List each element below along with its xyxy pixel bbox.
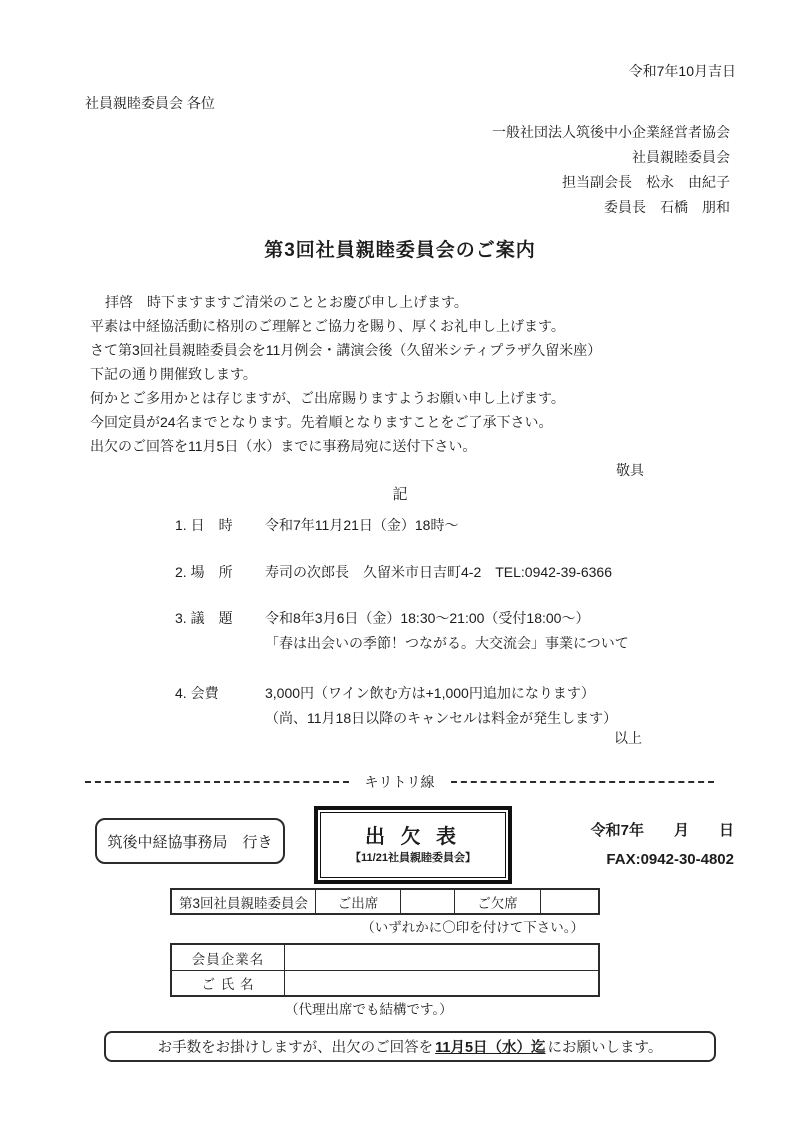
fax-block: 令和7年 月 日 FAX:0942-30-4802	[591, 816, 734, 874]
absent-label-cell: ご欠席	[454, 890, 540, 913]
deadline-notice-box: お手数をお掛けしますが、出欠のご回答を 11月5日（水）迄 にお願いします。	[104, 1031, 716, 1062]
item-value: 寿司の次郎長 久留米市日吉町4-2 TEL:0942-39-6366	[265, 560, 612, 585]
absent-mark-cell	[540, 890, 598, 913]
info-table: 会員企業名 ご 氏 名	[170, 943, 600, 997]
sender-block: 一般社団法人筑後中小企業経営者協会 社員親睦委員会 担当副会長 松永 由紀子 委…	[0, 120, 800, 220]
attendance-sheet-box: 出 欠 表 【11/21社員親睦委員会】	[314, 806, 512, 884]
body-line: 下記の通り開催致します。	[90, 362, 720, 386]
body-line: 何かとご多用かとは存じますが、ご出席賜りますようお願い申し上げます。	[90, 386, 720, 410]
item-label: 3. 議 題	[175, 606, 265, 656]
reply-date-blank: 令和7年 月 日	[591, 816, 734, 845]
body-line: 平素は中経協活動に格別のご理解とご協力を賜り、厚くお礼申し上げます。	[90, 314, 720, 338]
sender-organization: 一般社団法人筑後中小企業経営者協会	[0, 120, 730, 145]
issue-date: 令和7年10月吉日	[0, 0, 800, 80]
reply-tables: 第3回社員親睦委員会 ご出席 ご欠席 （いずれかに〇印を付けて下さい。） 会員企…	[170, 888, 600, 1019]
body-line: さて第3回社員親睦委員会を11月例会・講演会後（久留米シティプラザ久留米座）	[90, 338, 720, 362]
record-marker: 記	[0, 484, 800, 505]
item-value: 令和8年3月6日（金）18:30～21:00（受付18:00～） 「春は出会いの…	[265, 606, 629, 656]
sender-chair: 委員長 石橋 朋和	[0, 195, 730, 220]
attendance-sheet-subtitle: 【11/21社員親睦委員会】	[350, 852, 476, 865]
table-row: ご 氏 名	[172, 970, 598, 995]
person-name-blank	[285, 971, 598, 995]
company-name-label: 会員企業名	[172, 945, 285, 970]
invitation-document: 令和7年10月吉日 社員親睦委員会 各位 一般社団法人筑後中小企業経営者協会 社…	[0, 0, 800, 1132]
item-label: 2. 場 所	[175, 560, 265, 585]
proxy-note: （代理出席でも結構です。）	[285, 1000, 600, 1019]
body-text: 拝啓 時下ますますご清栄のこととお慶び申し上げます。 平素は中経協活動に格別のご…	[0, 290, 800, 458]
attend-label-cell: ご出席	[315, 890, 400, 913]
document-title: 第3回社員親睦委員会のご案内	[0, 238, 800, 264]
cut-line: キリトリ線	[85, 772, 714, 792]
deadline-prefix: お手数をお掛けしますが、出欠のご回答を	[158, 1036, 434, 1057]
attendance-sheet-title: 出 欠 表	[365, 825, 461, 849]
deadline-date: 11月5日（水）迄	[435, 1036, 545, 1057]
event-name-cell: 第3回社員親睦委員会	[172, 890, 315, 913]
item-label: 4. 会費	[175, 681, 265, 731]
cut-line-dash-right	[451, 781, 715, 783]
table-row: 会員企業名	[172, 945, 598, 970]
body-line: 今回定員が24名までとなります。先着順となりますことをご了承下さい。	[90, 410, 720, 434]
fax-number: FAX:0942-30-4802	[591, 845, 734, 874]
cut-line-label: キリトリ線	[365, 772, 435, 792]
item-value: 3,000円（ワイン飲む方は+1,000円追加になります） （尚、11月18日以…	[265, 681, 617, 731]
recipient-box: 筑後中経協事務局 行き	[95, 818, 285, 864]
closing-keigu: 敬具	[0, 458, 800, 482]
record-items: 1. 日 時 令和7年11月21日（金）18時～ 2. 場 所 寿司の次郎長 久…	[175, 513, 800, 731]
cut-line-dash-left	[85, 781, 349, 783]
sender-committee: 社員親睦委員会	[0, 145, 730, 170]
person-name-label: ご 氏 名	[172, 971, 285, 995]
body-line: 出欠のご回答を11月5日（水）までに事務局宛に送付下さい。	[90, 434, 720, 458]
item-datetime: 1. 日 時 令和7年11月21日（金）18時～	[175, 513, 800, 538]
company-name-blank	[285, 945, 598, 970]
item-value: 令和7年11月21日（金）18時～	[265, 513, 458, 538]
item-place: 2. 場 所 寿司の次郎長 久留米市日吉町4-2 TEL:0942-39-636…	[175, 560, 800, 585]
reply-form-header: 筑後中経協事務局 行き 出 欠 表 【11/21社員親睦委員会】 令和7年 月 …	[0, 804, 800, 884]
body-line: 拝啓 時下ますますご清栄のこととお慶び申し上げます。	[90, 290, 720, 314]
sender-vice-chair: 担当副会長 松永 由紀子	[0, 170, 730, 195]
attendance-table: 第3回社員親睦委員会 ご出席 ご欠席	[170, 888, 600, 915]
item-agenda: 3. 議 題 令和8年3月6日（金）18:30～21:00（受付18:00～） …	[175, 606, 800, 656]
circle-note: （いずれかに〇印を付けて下さい。）	[170, 918, 600, 937]
item-fee: 4. 会費 3,000円（ワイン飲む方は+1,000円追加になります） （尚、1…	[175, 681, 800, 731]
attend-mark-cell	[400, 890, 454, 913]
addressee: 社員親睦委員会 各位	[0, 94, 800, 112]
item-label: 1. 日 時	[175, 513, 265, 538]
deadline-suffix: にお願いします。	[548, 1036, 663, 1057]
